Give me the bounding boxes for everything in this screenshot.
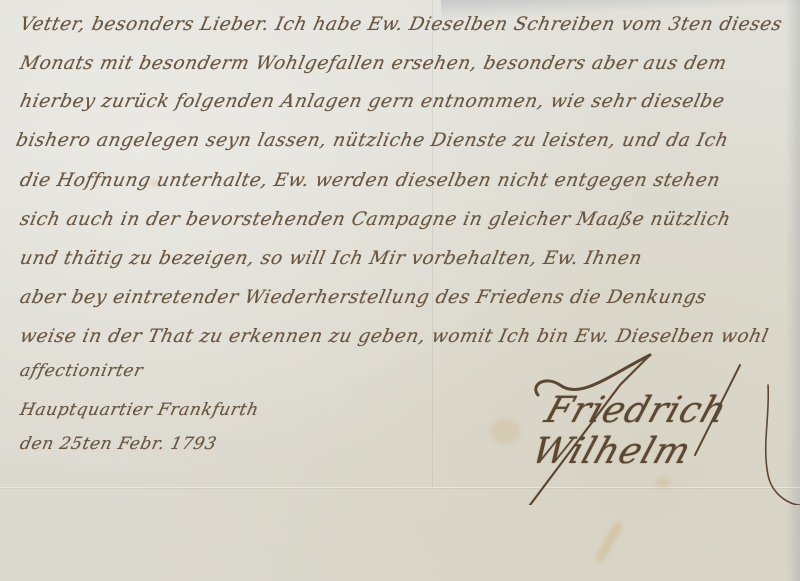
paper-stain (655, 478, 671, 488)
paper-stain (490, 418, 520, 444)
paper-right-edge (786, 0, 800, 581)
scanned-letter-page: Vetter, besonders Lieber. Ich habe Ew. D… (0, 0, 800, 581)
letter-line-3: hierbey zurück folgenden Anlagen gern en… (18, 91, 727, 112)
letter-line-1: Vetter, besonders Lieber. Ich habe Ew. D… (18, 14, 784, 35)
letter-line-2: Monats mit besonderm Wohlgefallen ersehe… (18, 53, 729, 74)
letter-place: Hauptquartier Frankfurth (18, 400, 261, 420)
signature: Friedrich Wilhelm (527, 390, 800, 472)
letter-date: den 25ten Febr. 1793 (18, 434, 219, 454)
letter-line-9: weise in der That zu erkennen zu geben, … (18, 326, 771, 347)
letter-line-8: aber bey eintretender Wiederherstellung … (18, 287, 709, 308)
letter-line-5: die Hoffnung unterhalte, Ew. werden dies… (18, 170, 722, 191)
horizontal-fold-line (0, 487, 800, 489)
paper-stain (595, 521, 624, 563)
letter-line-7: und thätig zu bezeigen, so will Ich Mir … (18, 248, 644, 269)
letter-line-6: sich auch in der bevorstehenden Campagne… (18, 209, 733, 230)
letter-line-4: bishero angelegen seyn lassen, nützliche… (14, 130, 731, 151)
letter-closing: affectionirter (18, 361, 145, 381)
